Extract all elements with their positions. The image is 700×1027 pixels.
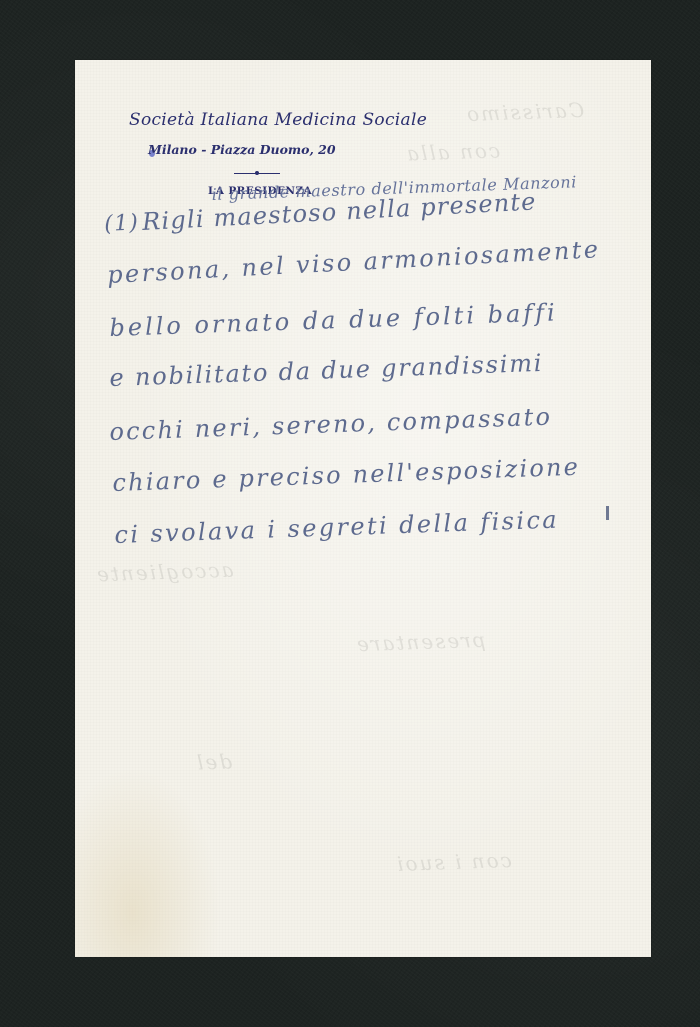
ink-mark xyxy=(606,506,609,520)
bleed-through-text: Carissimo xyxy=(465,98,585,126)
handwritten-line: e nobilitato da due grandissimi xyxy=(109,349,544,392)
handwritten-line: persona, nel viso armoniosamente xyxy=(107,235,601,289)
letterhead-organization: Società Italiana Medicina Sociale xyxy=(129,110,427,130)
handwritten-line: chiaro e preciso nell'esposizione xyxy=(112,453,580,497)
letterhead-divider-ornament xyxy=(255,171,259,175)
handwritten-line: bello ornato da due folti baffi xyxy=(109,298,558,342)
bleed-through-text: del xyxy=(195,749,233,774)
handwritten-line: ci svolava i segreti della fisica xyxy=(114,505,559,549)
handwritten-line: occhi neri, sereno, compassato xyxy=(109,403,553,446)
bleed-through-text: presentare xyxy=(355,628,486,657)
bleed-through-text: accogliente xyxy=(95,558,234,587)
letter-page: Carissimo con alla accogliente presentar… xyxy=(75,60,651,957)
letterhead-address: Milano - Piazza Duomo, 20 xyxy=(148,142,336,157)
bleed-through-text: con i suoi xyxy=(395,848,513,876)
bleed-through-text: con alla xyxy=(405,138,501,165)
handwritten-margin-note: (1) xyxy=(104,210,140,237)
